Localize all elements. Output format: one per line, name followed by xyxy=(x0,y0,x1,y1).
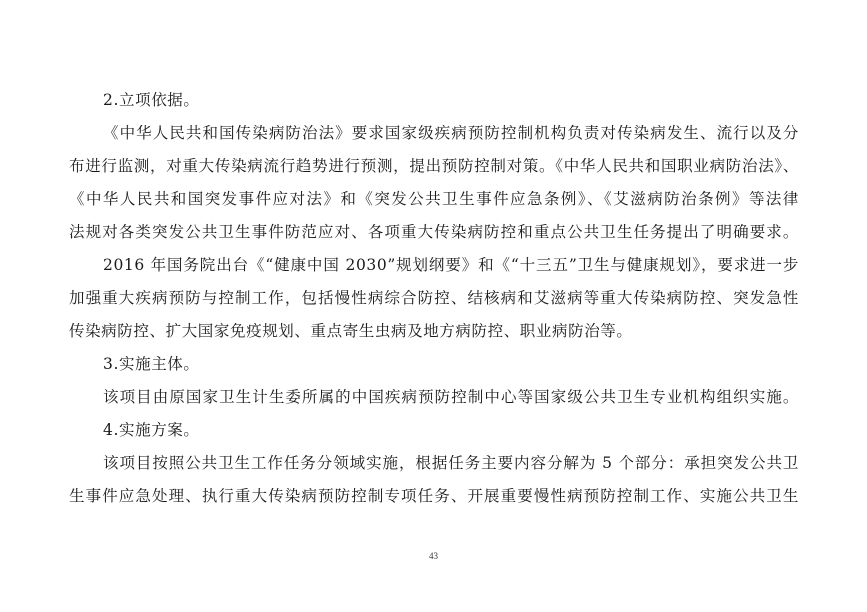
paragraph-line: 布进行监测，对重大传染病流行趋势进行预测，提出预防控制对策。《中华人民共和国职业… xyxy=(69,156,799,176)
paragraph-line: 2016 年国务院出台《“健康中国 2030”规划纲要》和《“十三五”卫生与健康… xyxy=(103,255,799,275)
paragraph-line: 《中华人民共和国传染病防治法》要求国家级疾病预防控制机构负责对传染病发生、流行以… xyxy=(103,123,799,143)
section-heading: 2.立项依据。 xyxy=(103,90,799,110)
document-page: 2.立项依据。《中华人民共和国传染病防治法》要求国家级疾病预防控制机构负责对传染… xyxy=(0,0,867,612)
page-number: 43 xyxy=(0,551,867,561)
paragraph-line: 该项目由原国家卫生计生委所属的中国疾病预防控制中心等国家级公共卫生专业机构组织实… xyxy=(103,387,799,407)
paragraph-line: 该项目按照公共卫生工作任务分领域实施，根据任务主要内容分解为 5 个部分：承担突… xyxy=(103,453,799,473)
paragraph-line: 法规对各类突发公共卫生事件防范应对、各项重大传染病防控和重点公共卫生任务提出了明… xyxy=(69,222,799,242)
section-heading: 3.实施主体。 xyxy=(103,354,799,374)
paragraph-line: 传染病防控、扩大国家免疫规划、重点寄生虫病及地方病防控、职业病防治等。 xyxy=(69,321,799,341)
section-heading: 4.实施方案。 xyxy=(103,420,799,440)
paragraph-line: 《中华人民共和国突发事件应对法》和《突发公共卫生事件应急条例》、《艾滋病防治条例… xyxy=(69,189,799,209)
paragraph-line: 加强重大疾病预防与控制工作，包括慢性病综合防控、结核病和艾滋病等重大传染病防控、… xyxy=(69,288,799,308)
paragraph-line: 生事件应急处理、执行重大传染病预防控制专项任务、开展重要慢性病预防控制工作、实施… xyxy=(69,486,799,506)
